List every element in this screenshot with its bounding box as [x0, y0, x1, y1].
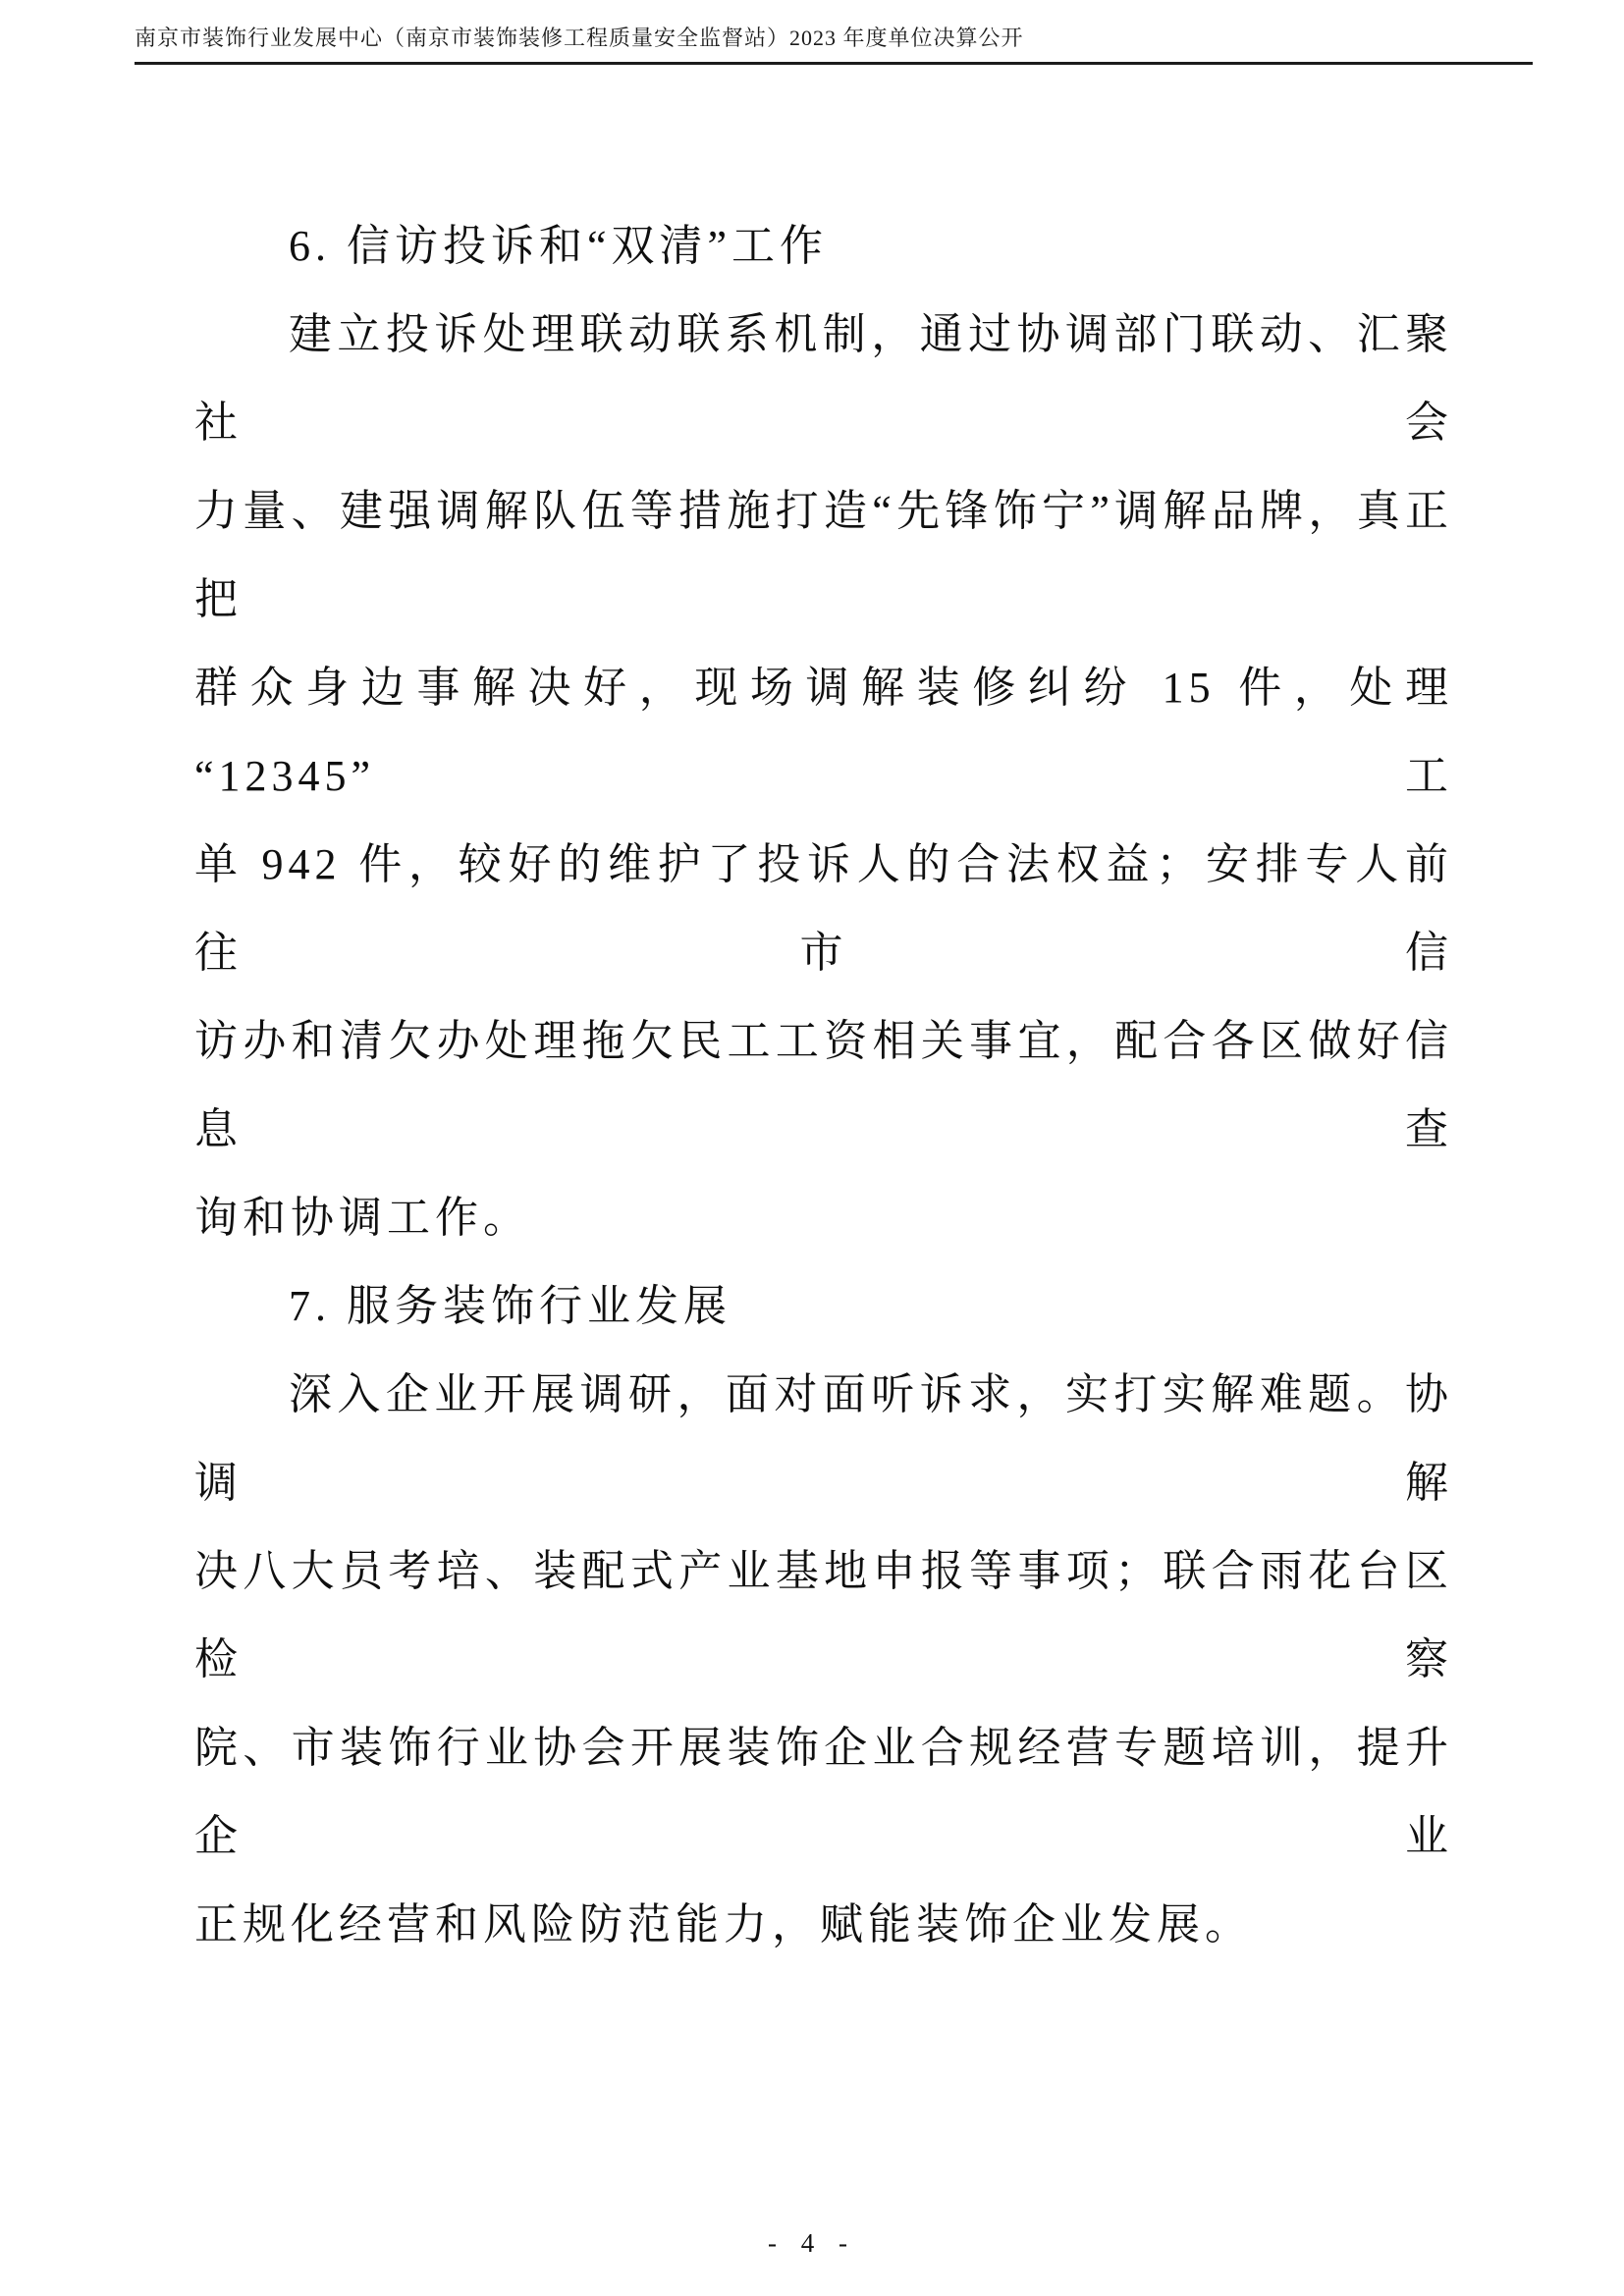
- section-6-heading: 6. 信访投诉和“双清”工作: [194, 202, 1453, 291]
- paragraph-line: 建立投诉处理联动联系机制，通过协调部门联动、汇聚社会: [194, 291, 1453, 467]
- paragraph-line: 深入企业开展调研，面对面听诉求，实打实解难题。协调解: [194, 1351, 1453, 1527]
- paragraph-line: 单 942 件，较好的维护了投诉人的合法权益；安排专人前往市信: [194, 821, 1453, 997]
- paragraph-line: 正规化经营和风险防范能力，赋能装饰企业发展。: [194, 1881, 1453, 1969]
- page-header-title: 南京市装饰行业发展中心（南京市装饰装修工程质量安全监督站）2023 年度单位决算…: [135, 24, 1533, 65]
- paragraph-line: 询和协调工作。: [194, 1174, 1453, 1262]
- paragraph-line: 访办和清欠办处理拖欠民工工资相关事宜，配合各区做好信息查: [194, 997, 1453, 1174]
- section-7-heading: 7. 服务装饰行业发展: [194, 1262, 1453, 1351]
- document-page: 南京市装饰行业发展中心（南京市装饰装修工程质量安全监督站）2023 年度单位决算…: [0, 0, 1624, 2296]
- paragraph-line: 院、市装饰行业协会开展装饰企业合规经营专题培训，提升企业: [194, 1704, 1453, 1881]
- document-body: 6. 信访投诉和“双清”工作 建立投诉处理联动联系机制，通过协调部门联动、汇聚社…: [194, 202, 1453, 1969]
- paragraph-line: 决八大员考培、装配式产业基地申报等事项；联合雨花台区检察: [194, 1527, 1453, 1704]
- paragraph-line: 群众身边事解决好，现场调解装修纠纷 15 件，处理“12345”工: [194, 644, 1453, 821]
- page-number: - 4 -: [0, 2228, 1624, 2259]
- paragraph-line: 力量、建强调解队伍等措施打造“先锋饰宁”调解品牌，真正把: [194, 467, 1453, 644]
